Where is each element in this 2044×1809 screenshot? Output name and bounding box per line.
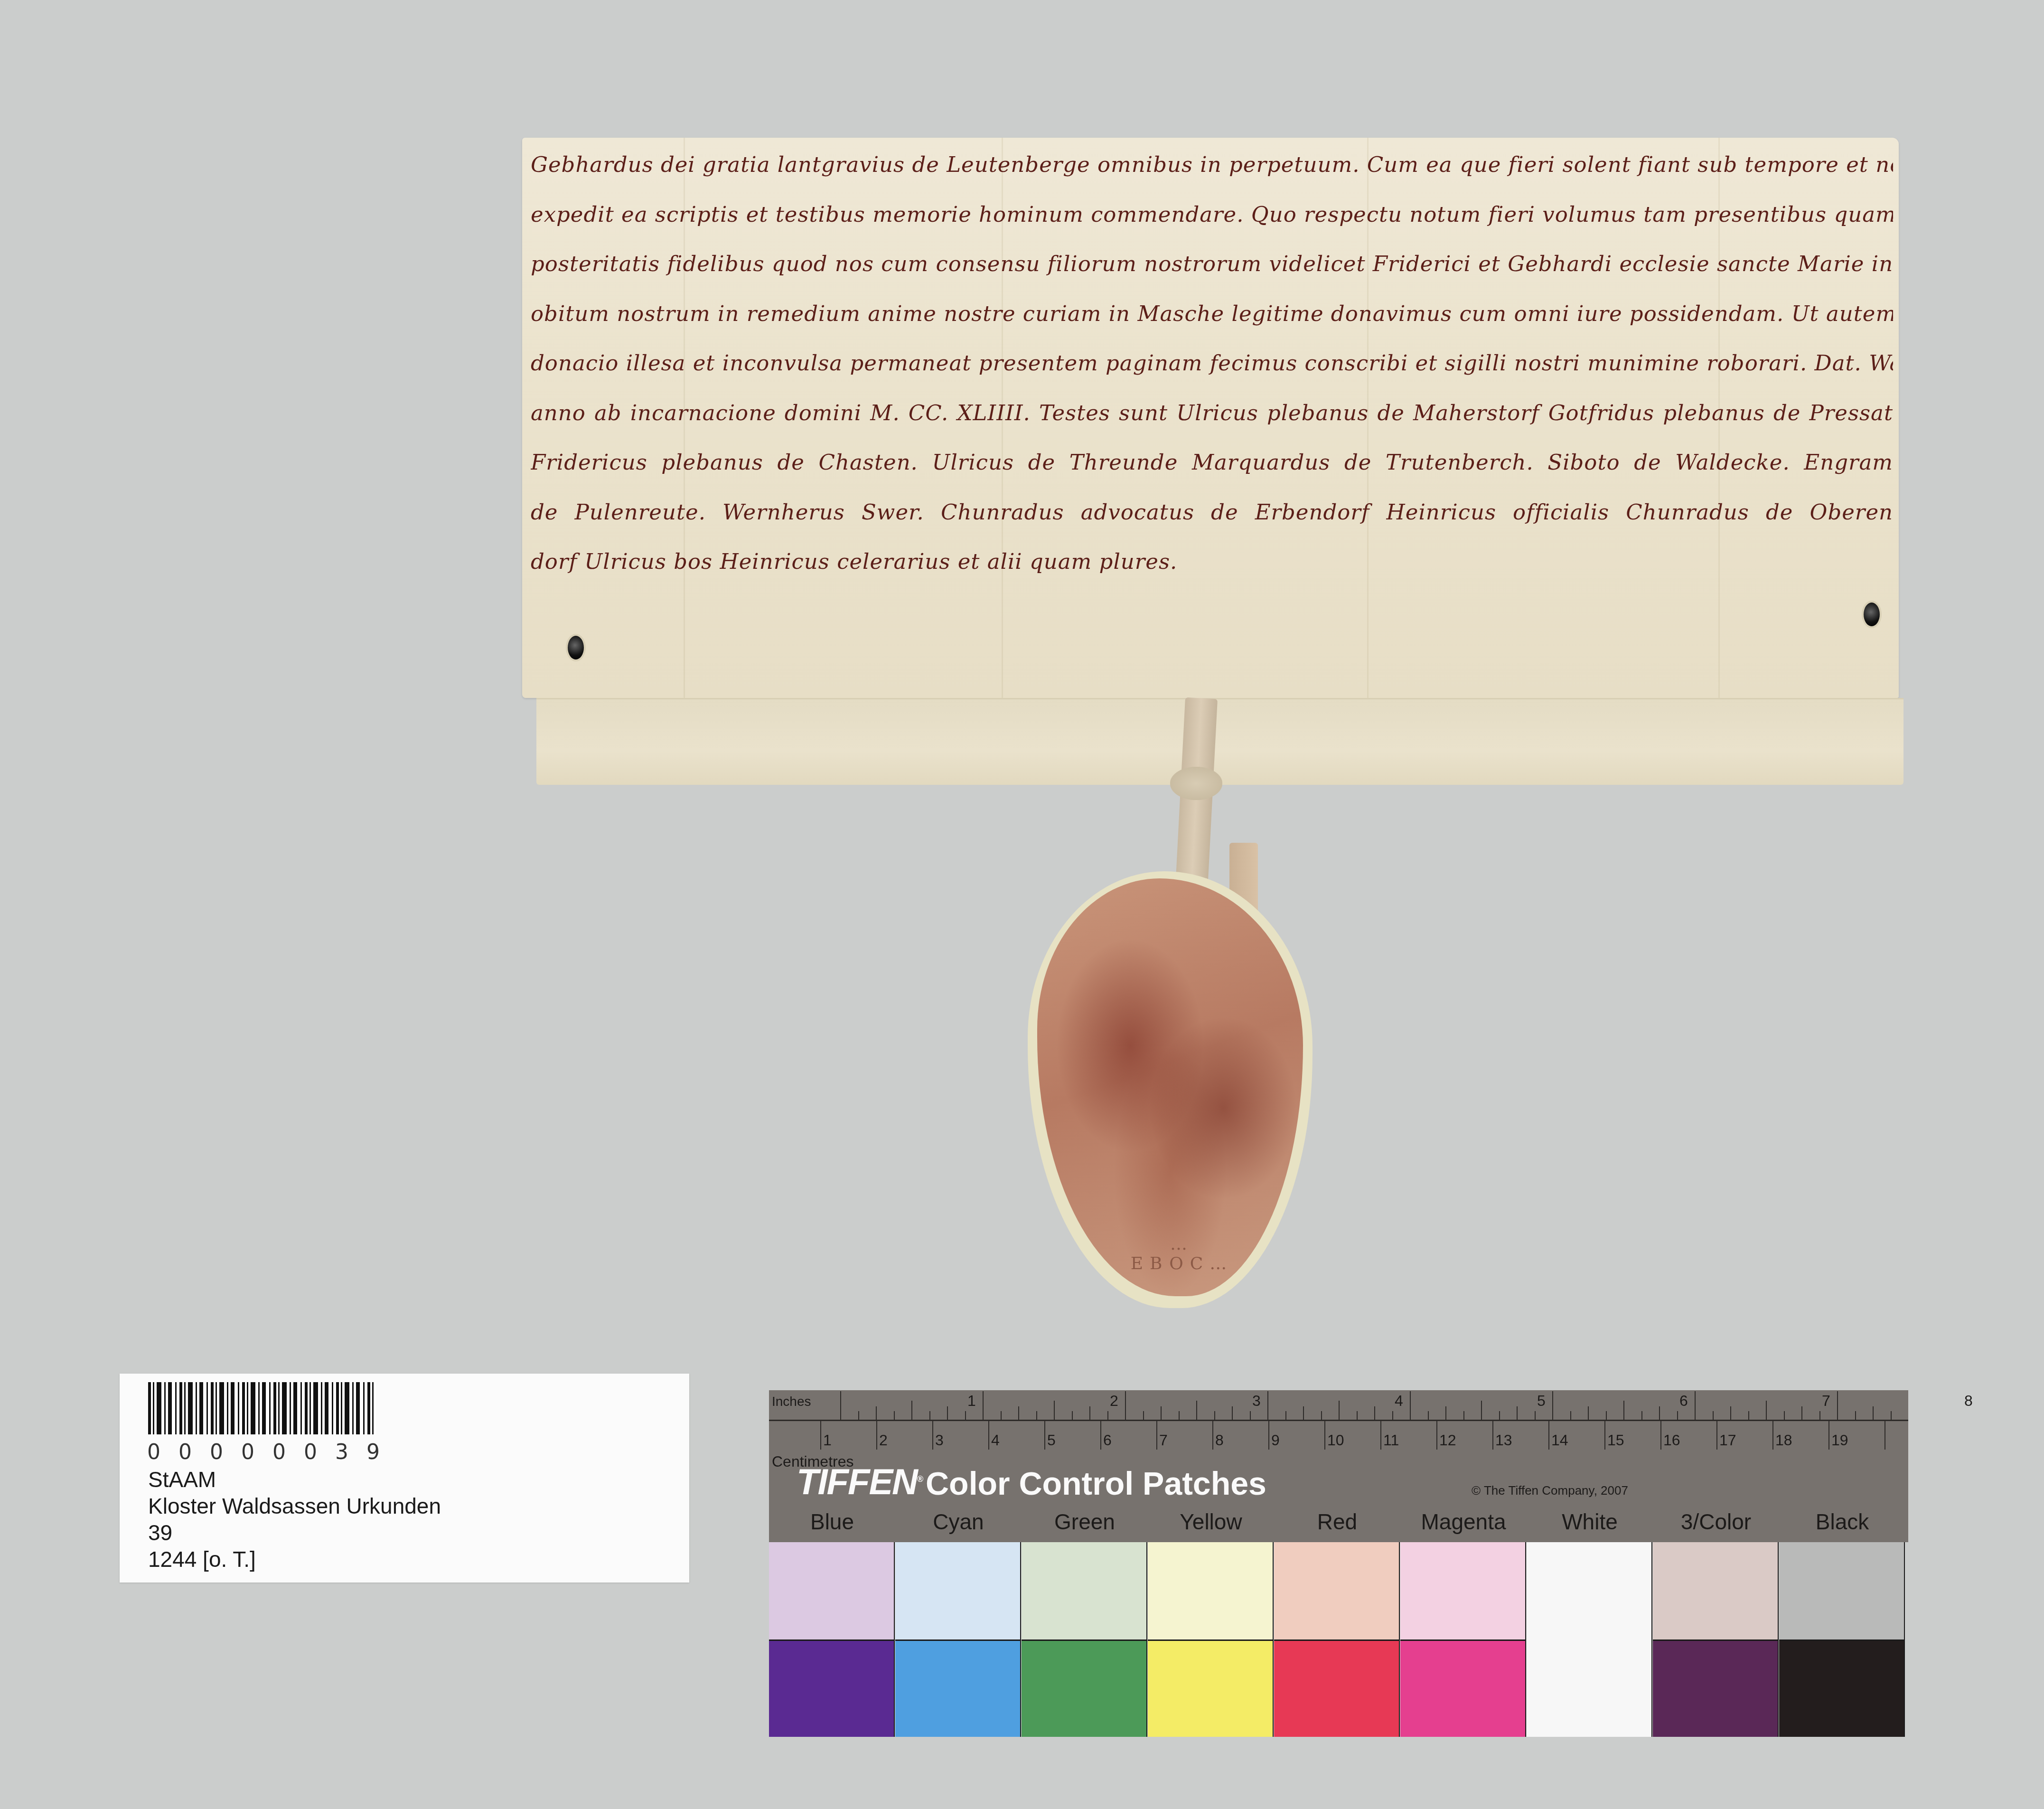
ruler-tick xyxy=(1641,1411,1642,1420)
ruler-tick xyxy=(1481,1401,1482,1420)
ruler-tick xyxy=(1214,1411,1215,1420)
patch-yellow-dark xyxy=(1148,1639,1274,1737)
cm-mark: 18 xyxy=(1775,1432,1792,1449)
cm-mark: 5 xyxy=(1047,1432,1056,1449)
charter-line: de Pulenreute. Wernherus Swer. Chunradus… xyxy=(531,488,1893,537)
barcode-digit: 0 xyxy=(304,1440,317,1464)
cm-mark: 6 xyxy=(1103,1432,1112,1449)
ruler-tick xyxy=(1604,1421,1605,1450)
collection-name: Kloster Waldsassen Urkunden xyxy=(148,1493,441,1519)
ruler-tick xyxy=(1179,1411,1180,1420)
ruler-tick xyxy=(1463,1411,1464,1420)
ruler-tick xyxy=(1161,1406,1162,1420)
patch-label-green: Green xyxy=(1022,1509,1148,1535)
ruler-tick xyxy=(1837,1391,1838,1420)
ruler-tick xyxy=(1548,1421,1549,1450)
patch-black-dark xyxy=(1779,1639,1905,1737)
ruler-tick xyxy=(1716,1421,1717,1450)
ruler-tick xyxy=(1885,1421,1885,1450)
ruler-tick xyxy=(1285,1411,1286,1420)
brand-name: TIFFEN xyxy=(797,1462,917,1502)
cm-mark: 8 xyxy=(1215,1432,1224,1449)
ruler-tick xyxy=(1089,1406,1090,1420)
charter-line: anno ab incarnacione domini M. CC. XLIII… xyxy=(531,388,1893,438)
barcode-digit: 0 xyxy=(147,1440,160,1464)
ruler-tick xyxy=(1730,1406,1731,1420)
ruler-tick xyxy=(1054,1401,1055,1420)
patch-label-white: White xyxy=(1527,1509,1653,1535)
ruler-tick xyxy=(1267,1391,1268,1420)
charter-line: Fridericus plebanus de Chasten. Ulricus … xyxy=(531,438,1893,488)
patch-magenta-light xyxy=(1400,1542,1526,1639)
ruler-tick xyxy=(1392,1411,1393,1420)
ruler-tick xyxy=(1677,1411,1678,1420)
punch-hole-icon xyxy=(566,634,586,661)
ruler-tick xyxy=(1250,1411,1251,1420)
ruler-tick xyxy=(1303,1406,1304,1420)
inch-mark: 2 xyxy=(1110,1392,1118,1410)
cm-mark: 17 xyxy=(1719,1432,1736,1449)
parchment-sheet: Gebhardus dei gratia lantgravius de Leut… xyxy=(522,138,1899,698)
charter-line: donacio illesa et inconvulsa permaneat p… xyxy=(531,339,1893,388)
charter-document: Gebhardus dei gratia lantgravius de Leut… xyxy=(522,138,1899,783)
ruler-tick xyxy=(1107,1411,1108,1420)
barcode-number: 0 0 0 0 0 0 3 9 xyxy=(147,1440,380,1464)
barcode-digit: 0 xyxy=(272,1440,286,1464)
cm-mark: 4 xyxy=(991,1432,1000,1449)
inch-mark: 7 xyxy=(1822,1392,1830,1410)
inch-mark: 1 xyxy=(967,1392,976,1410)
cm-mark: 10 xyxy=(1327,1432,1344,1449)
ruler-tick xyxy=(876,1421,877,1450)
cm-mark: 19 xyxy=(1831,1432,1848,1449)
ruler-tick xyxy=(947,1406,948,1420)
ruler-tick xyxy=(965,1411,966,1420)
cm-mark: 13 xyxy=(1495,1432,1512,1449)
patch-red-light xyxy=(1274,1542,1400,1639)
ruler-tick xyxy=(858,1411,859,1420)
ruler-tick xyxy=(1196,1401,1197,1420)
document-number: 39 xyxy=(148,1520,172,1545)
seal-legend: …EBOC… xyxy=(1120,1234,1244,1273)
ruler-tick xyxy=(1212,1421,1213,1450)
cm-mark: 1 xyxy=(823,1432,832,1449)
ruler-tick xyxy=(1535,1411,1536,1420)
barcode-digit: 9 xyxy=(366,1440,380,1464)
ruler-tick xyxy=(1268,1421,1269,1450)
ruler-tick xyxy=(1784,1411,1785,1420)
ruler-tick xyxy=(876,1406,877,1420)
patch-white-dark xyxy=(1527,1639,1652,1737)
ruler-tick xyxy=(1428,1411,1429,1420)
ruler-tick xyxy=(1445,1406,1446,1420)
ruler-tick xyxy=(1713,1411,1714,1420)
patch-red-dark xyxy=(1274,1639,1400,1737)
strap-knot xyxy=(1170,767,1222,800)
ruler-tick xyxy=(1436,1421,1437,1450)
patch-green-dark xyxy=(1022,1639,1147,1737)
ruler-tick xyxy=(1891,1411,1892,1420)
inch-mark: 5 xyxy=(1537,1392,1546,1410)
copyright-text: © The Tiffen Company, 2007 xyxy=(1472,1483,1628,1498)
chart-header: 12345678 Inches 123456789101112131415161… xyxy=(769,1390,1908,1542)
inches-label: Inches xyxy=(772,1394,811,1409)
patch-label-magenta: Magenta xyxy=(1400,1509,1527,1535)
ruler-tick xyxy=(1156,1421,1157,1450)
ruler-tick xyxy=(1772,1421,1773,1450)
ruler-tick xyxy=(1410,1391,1411,1420)
document-date: 1244 [o. T.] xyxy=(148,1546,256,1572)
ruler-tick xyxy=(1748,1411,1749,1420)
cm-mark: 15 xyxy=(1607,1432,1624,1449)
cm-mark: 2 xyxy=(879,1432,888,1449)
inch-mark: 8 xyxy=(1964,1392,1973,1410)
charter-line: dorf Ulricus bos Heinricus celerarius et… xyxy=(531,537,1433,587)
charter-line: posteritatis fidelibus quod nos cum cons… xyxy=(531,239,1893,289)
ruler-tick xyxy=(894,1411,895,1420)
cm-mark: 9 xyxy=(1271,1432,1280,1449)
patch-cyan-light xyxy=(895,1542,1021,1639)
barcode-icon xyxy=(148,1382,376,1434)
ruler-tick xyxy=(1828,1421,1829,1450)
cm-mark: 14 xyxy=(1551,1432,1568,1449)
patch-label-blue: Blue xyxy=(769,1509,895,1535)
patch-blue-dark xyxy=(769,1639,895,1737)
ruler-tick xyxy=(1357,1411,1358,1420)
ruler-tick xyxy=(1588,1406,1589,1420)
cm-mark: 12 xyxy=(1439,1432,1456,1449)
inch-mark: 3 xyxy=(1252,1392,1261,1410)
ruler-tick xyxy=(911,1401,912,1420)
charter-line: expedit ea scriptis et testibus memorie … xyxy=(531,190,1893,240)
ruler-tick xyxy=(1517,1406,1518,1420)
ruler-tick xyxy=(1324,1421,1325,1450)
ruler-tick xyxy=(1766,1401,1767,1420)
tiffen-logo: TIFFEN® xyxy=(797,1461,922,1503)
patch-magenta-dark xyxy=(1400,1639,1526,1737)
cm-mark: 11 xyxy=(1383,1432,1399,1449)
barcode-digit: 0 xyxy=(210,1440,223,1464)
inch-ruler: 12345678 xyxy=(769,1390,1908,1421)
ruler-tick xyxy=(1001,1411,1002,1420)
patch-label-yellow: Yellow xyxy=(1148,1509,1274,1535)
barcode-digit: 0 xyxy=(241,1440,254,1464)
charter-line: Gebhardus dei gratia lantgravius de Leut… xyxy=(531,140,1893,190)
patch-3color-dark xyxy=(1653,1639,1779,1737)
patch-green-light xyxy=(1022,1542,1147,1639)
ruler-tick xyxy=(1044,1421,1045,1450)
charter-line: obitum nostrum in remedium anime nostre … xyxy=(531,289,1893,339)
barcode-digit: 0 xyxy=(178,1440,192,1464)
ruler-tick xyxy=(1873,1406,1874,1420)
patch-label-red: Red xyxy=(1274,1509,1400,1535)
barcode-digit: 3 xyxy=(335,1440,348,1464)
color-control-chart: 12345678 Inches 123456789101112131415161… xyxy=(769,1390,1908,1746)
ruler-tick xyxy=(929,1411,930,1420)
inch-mark: 4 xyxy=(1395,1392,1403,1410)
ruler-tick xyxy=(1623,1401,1624,1420)
patch-yellow-light xyxy=(1148,1542,1274,1639)
ruler-tick xyxy=(1819,1411,1820,1420)
ruler-tick xyxy=(1125,1391,1126,1420)
color-patches xyxy=(769,1542,1908,1742)
ruler-tick xyxy=(1499,1411,1500,1420)
ruler-tick xyxy=(1072,1411,1073,1420)
chart-title: Color Control Patches xyxy=(926,1465,1266,1502)
ruler-tick xyxy=(1492,1421,1493,1450)
ruler-tick xyxy=(1380,1421,1381,1450)
ruler-tick xyxy=(1321,1411,1322,1420)
archive-name: StAAM xyxy=(148,1467,216,1492)
ruler-tick xyxy=(840,1391,841,1420)
ruler-tick xyxy=(1659,1406,1660,1420)
cm-mark: 3 xyxy=(935,1432,944,1449)
cm-mark: 16 xyxy=(1663,1432,1680,1449)
ruler-tick xyxy=(932,1421,933,1450)
inch-mark: 6 xyxy=(1679,1392,1688,1410)
ruler-tick xyxy=(988,1421,989,1450)
ruler-tick xyxy=(1801,1406,1802,1420)
ruler-tick xyxy=(1143,1411,1144,1420)
charter-text: Gebhardus dei gratia lantgravius de Leut… xyxy=(531,140,1893,587)
ruler-tick xyxy=(1660,1421,1661,1450)
ruler-tick xyxy=(1855,1411,1856,1420)
ruler-tick xyxy=(983,1391,984,1420)
patch-labels: Blue Cyan Green Yellow Red Magenta White… xyxy=(769,1509,1908,1537)
ruler-tick xyxy=(1100,1421,1101,1450)
ruler-tick xyxy=(1036,1411,1037,1420)
ruler-tick xyxy=(820,1421,821,1450)
patch-label-cyan: Cyan xyxy=(895,1509,1022,1535)
patch-blue-light xyxy=(769,1542,895,1639)
patch-cyan-dark xyxy=(895,1639,1021,1737)
ruler-tick xyxy=(1606,1411,1607,1420)
ruler-tick xyxy=(1570,1411,1571,1420)
patch-white-light xyxy=(1527,1542,1652,1639)
patch-label-3color: 3/Color xyxy=(1653,1509,1779,1535)
ruler-tick xyxy=(1695,1391,1696,1420)
archive-label: 0 0 0 0 0 0 3 9 StAAM Kloster Waldsassen… xyxy=(120,1374,689,1583)
ruler-tick xyxy=(1232,1406,1233,1420)
patch-black-light xyxy=(1779,1542,1905,1639)
patch-label-black: Black xyxy=(1779,1509,1905,1535)
punch-hole-icon xyxy=(1862,601,1882,628)
ruler-tick xyxy=(1552,1391,1553,1420)
centimetre-ruler: 12345678910111213141516171819 xyxy=(769,1421,1908,1454)
ruler-tick xyxy=(1374,1406,1375,1420)
ruler-tick xyxy=(1018,1406,1019,1420)
ruler-tick xyxy=(1339,1401,1340,1420)
cm-mark: 7 xyxy=(1159,1432,1168,1449)
patch-3color-light xyxy=(1653,1542,1779,1639)
